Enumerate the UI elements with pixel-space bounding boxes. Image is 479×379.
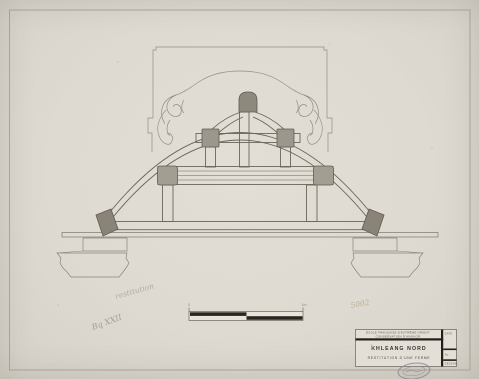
pencil-note-reference: Bq XXII (90, 312, 124, 332)
beam-end-block-right (314, 166, 334, 185)
apex-cap (239, 92, 257, 112)
joint-block-left (202, 129, 219, 147)
titleblock-side-cell-1: DATE (445, 332, 453, 336)
pencil-annotations: restitution Bq XXII 5002 (90, 281, 371, 332)
titleblock-subject: RESTITUTION D'UNE FERME (368, 356, 431, 360)
pencil-note-cursive: restitution (114, 281, 155, 301)
pencil-note-number: 5002 (350, 298, 371, 310)
titleblock-bar-vertical (441, 330, 443, 367)
king-post (240, 112, 250, 167)
right-corbel (351, 238, 423, 277)
titleblock-bar-side2 (443, 359, 456, 361)
hanger-post-left (206, 147, 216, 167)
titleblock-monument: KHLEANG NORD (371, 346, 427, 352)
paper-specks (57, 43, 433, 305)
arch-foot-block-right (362, 209, 384, 236)
pediment-left-volute (158, 95, 184, 144)
truss-drawing: 0 1m restitution Bq XXII 5002 ÉCOLE FRAN… (0, 0, 479, 379)
title-block: ÉCOLE FRANÇAISE D'EXTRÊME-ORIENT CONSERV… (356, 330, 458, 367)
titleblock-bar-horizontal (356, 338, 444, 340)
post-left (163, 185, 174, 222)
titleblock-bar-side1 (443, 349, 456, 351)
truss (62, 92, 438, 237)
post-right (307, 185, 318, 222)
scale-left-label: 0 (188, 303, 190, 307)
corbels (57, 238, 423, 277)
wall-plate (62, 233, 438, 238)
scale-bar-left-segment (190, 312, 247, 316)
joint-block-right (277, 129, 294, 147)
titleblock-header-line2: CONSERVATION D'ANGKOR (376, 334, 421, 338)
scale-bar-right-segment (247, 316, 303, 320)
titleblock-side-cell-2: No (445, 353, 449, 357)
scale-right-label: 1m (302, 303, 307, 307)
left-corbel (57, 238, 129, 277)
arch-foot-block-left (96, 209, 118, 236)
drawing-sheet: 0 1m restitution Bq XXII 5002 ÉCOLE FRAN… (0, 0, 479, 379)
scale-bar: 0 1m (188, 303, 307, 321)
tie-beam-lower (104, 222, 376, 230)
beam-end-block-left (158, 166, 178, 185)
